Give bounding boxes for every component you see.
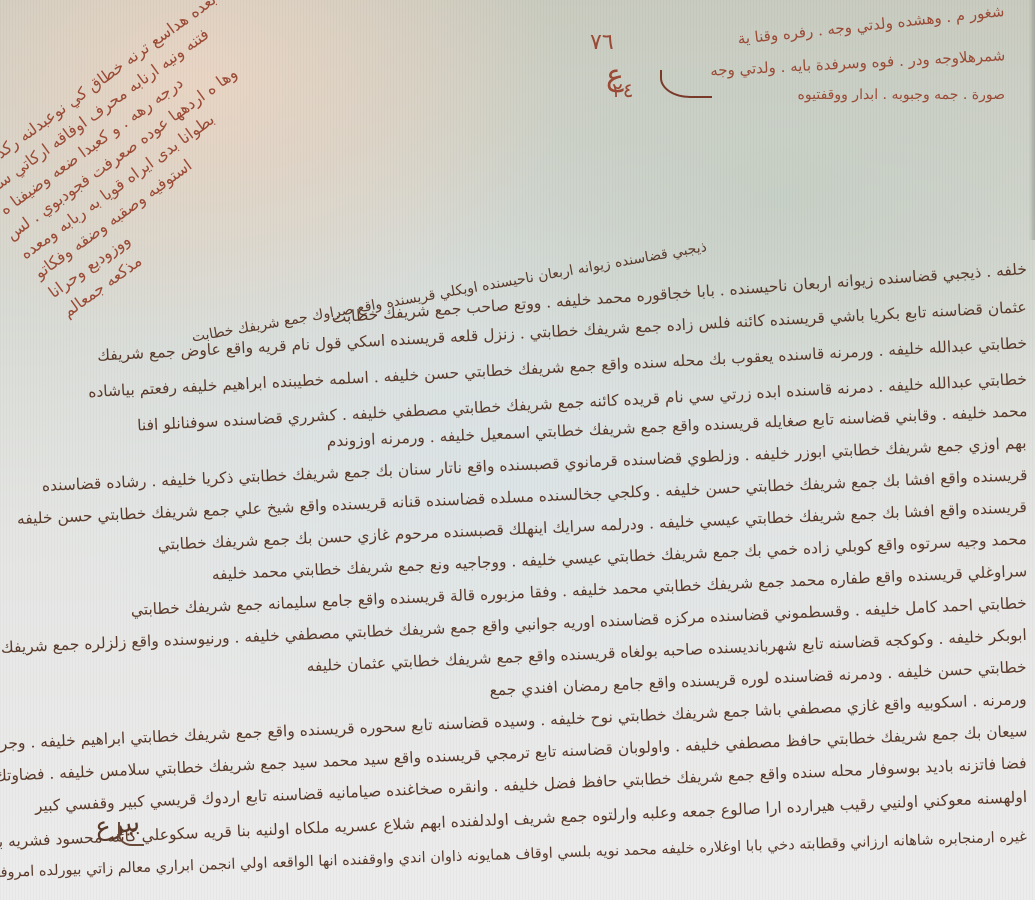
header-flourish [660, 70, 712, 98]
signature-flourish [118, 822, 144, 846]
header-line: شمرهلاوجه ودر . فوه وسرفدة بايه . ولدتي … [709, 48, 1005, 78]
date-mark: ٢٤ [612, 78, 633, 102]
margin-notes: بعده هداسع ترنه خطاق كي نوعبدلنه ركدارا … [0, 0, 450, 332]
header-line: صورة . جمه وجبوبه . ابدار ووقفتيوه [798, 88, 1005, 102]
screen-bezel-edge [1029, 0, 1035, 240]
header-line: شغور م . وهشده ولدتي وجه . رفره وقنا ية [737, 4, 1005, 47]
page-number: ٧٦ [590, 30, 614, 55]
